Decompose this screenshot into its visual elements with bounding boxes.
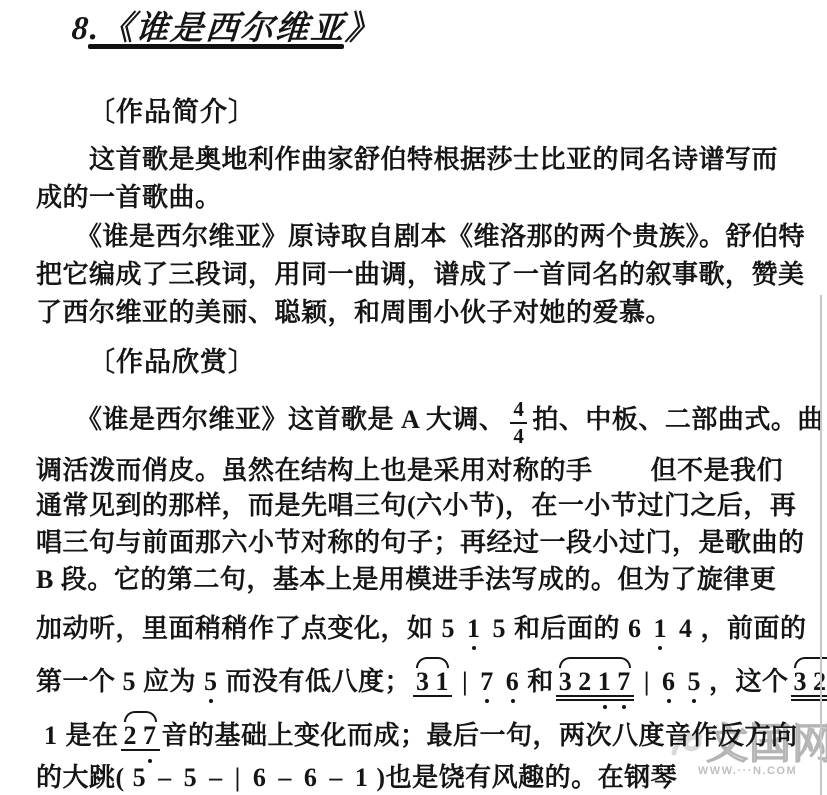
jianpu-note: 6	[253, 764, 267, 791]
jianpu-note: –	[209, 764, 223, 791]
text-line: 成的一首歌曲。	[36, 179, 808, 217]
text-run: 和	[527, 667, 554, 696]
jianpu-note: 5	[133, 764, 147, 791]
jianpu-note: 6	[304, 764, 318, 791]
jianpu-note: 5	[493, 615, 507, 642]
text-run: 音的基础上变化而成；最后一句，两次八度音作反方向	[162, 721, 798, 750]
jianpu-note: –	[329, 764, 343, 791]
jianpu-note: 3	[794, 668, 808, 695]
jianpu-note: 1	[467, 615, 481, 642]
text-line: 的大跳(5–5–|6–6–1)也是饶有风趣的。在钢琴	[36, 761, 677, 795]
text-run: 和后面的	[514, 614, 620, 643]
jianpu-notation-group: 5	[198, 668, 224, 695]
appreciation-paragraph: 《谁是西尔维亚》这首歌是 A 大调、44拍、中板、二部曲式。曲调活泼而俏皮。虽然…	[36, 392, 816, 795]
jianpu-notation-group: 27	[121, 722, 160, 751]
jianpu-note: 3	[559, 668, 573, 695]
text-run: 唱三句与前面那六小节对称的句子；再经过一段小过门，是歌曲的	[36, 528, 805, 557]
intro-paragraph-1: 这首歌是奥地利作曲家舒伯特根据莎士比亚的同名诗谱写而成的一首歌曲。	[36, 141, 808, 217]
jianpu-notation-group: 515	[436, 615, 513, 642]
text-run: )也是饶有风趣的。在钢琴	[376, 763, 677, 792]
text-line: 《谁是西尔维亚》这首歌是 A 大调、44拍、中板、二部曲式。曲	[36, 398, 824, 446]
text-run: 《谁是西尔维亚》这首歌是 A 大调、	[36, 405, 505, 434]
text-line: 《谁是西尔维亚》原诗取自剧本《维洛那的两个贵族》。舒伯特	[36, 218, 808, 256]
text-run: 通常见到的那样，而是先唱三句(六小节)，在一小节过门之后，再	[36, 491, 796, 520]
text-run: ，这个	[709, 667, 789, 696]
jianpu-note: 1	[598, 668, 612, 695]
text-line: B 段。它的第二句，基本上是用模进手法写成的。但为了旋律更	[36, 563, 776, 597]
jianpu-note: 1	[355, 764, 369, 791]
scanned-document-page: 文国网 WWW.···N.COM 8.《谁是西尔维亚》 〔作品简介〕 这首歌是奥…	[0, 0, 827, 795]
text-run: 调活泼而俏皮。虽然在结构上也是采用对称的手	[36, 456, 593, 485]
text-run: 而没有低八度；	[226, 667, 412, 696]
text-run: 是在	[66, 721, 119, 750]
jianpu-note: 7	[480, 668, 494, 695]
jianpu-note: 1	[654, 615, 668, 642]
jianpu-notation-group: 614	[622, 615, 699, 642]
jianpu-note: 7	[617, 668, 631, 695]
text-line: 加动听，里面稍稍作了点变化，如515和后面的614，前面的	[36, 612, 807, 646]
jianpu-note: 1	[44, 722, 58, 749]
text-run: 拍、中板、二部曲式。曲	[532, 405, 824, 434]
time-signature: 44	[510, 399, 527, 447]
jianpu-note: |	[644, 668, 650, 695]
text-line: 这首歌是奥地利作曲家舒伯特根据莎士比亚的同名诗谱写而	[36, 141, 808, 179]
jianpu-note: 2	[124, 722, 138, 749]
jianpu-note: 2	[578, 668, 592, 695]
jianpu-note: 5	[184, 764, 198, 791]
text-run: 但不是我们	[651, 456, 784, 485]
jianpu-note: –	[278, 764, 292, 791]
section-heading-intro: 〔作品简介〕	[88, 90, 256, 129]
jianpu-note: 6	[628, 615, 642, 642]
jianpu-note: 5	[204, 668, 218, 695]
jianpu-note: 6	[506, 668, 520, 695]
text-line: 1是在27音的基础上变化而成；最后一句，两次八度音作反方向	[36, 719, 798, 753]
page-edge-shadow	[820, 295, 822, 795]
intro-paragraph-2: 《谁是西尔维亚》原诗取自剧本《维洛那的两个贵族》。舒伯特把它编成了三段词，用同一…	[36, 218, 808, 332]
faded-text-gap	[593, 471, 651, 479]
jianpu-note: 7	[143, 722, 157, 749]
jianpu-notation-group: |65	[638, 668, 707, 695]
section-heading-appreciation: 〔作品欣赏〕	[88, 340, 256, 379]
title-underline	[88, 44, 344, 49]
text-line: 了西尔维亚的美丽、聪颖，和周围小伙子对她的爱慕。	[36, 294, 808, 332]
time-signature-numerator: 4	[513, 399, 524, 420]
title-block: 8.《谁是西尔维亚》	[72, 2, 381, 49]
time-signature-denominator: 4	[513, 426, 524, 447]
jianpu-notation-group: 5–5–|6–6–1	[127, 764, 375, 791]
jianpu-note: |	[462, 668, 468, 695]
jianpu-note: |	[235, 764, 241, 791]
page-title: 8.《谁是西尔维亚》	[70, 2, 382, 49]
text-line: 把它编成了三段词，用同一曲调，谱成了一首同名的叙事歌，赞美	[36, 256, 808, 294]
jianpu-note: –	[158, 764, 172, 791]
jianpu-note: 1	[436, 668, 450, 695]
text-run: B 段。它的第二句，基本上是用模进手法写成的。但为了旋律更	[36, 565, 776, 594]
text-line: 通常见到的那样，而是先唱三句(六小节)，在一小节过门之后，再	[36, 489, 796, 523]
jianpu-note: 5	[688, 668, 702, 695]
text-line: 调活泼而俏皮。虽然在结构上也是采用对称的手但不是我们	[36, 454, 783, 488]
text-run: 第一个 5 应为	[36, 667, 196, 696]
jianpu-notation-group: 31	[413, 668, 452, 697]
text-line: 唱三句与前面那六小节对称的句子；再经过一段小过门，是歌曲的	[36, 526, 805, 560]
jianpu-notation-group: 1	[38, 722, 64, 749]
text-run: 的大跳(	[36, 763, 125, 792]
text-run: 加动听，里面稍稍作了点变化，如	[36, 614, 434, 643]
jianpu-notation-group: |76	[456, 668, 525, 695]
jianpu-note: 3	[416, 668, 430, 695]
jianpu-note: 6	[662, 668, 676, 695]
jianpu-note: 5	[442, 615, 456, 642]
text-line: 第一个 5 应为5而没有低八度；31|76和3217|65，这个3217	[36, 665, 827, 701]
jianpu-notation-group: 3217	[556, 668, 634, 701]
jianpu-note: 4	[679, 615, 693, 642]
text-run: ，前面的	[701, 614, 807, 643]
